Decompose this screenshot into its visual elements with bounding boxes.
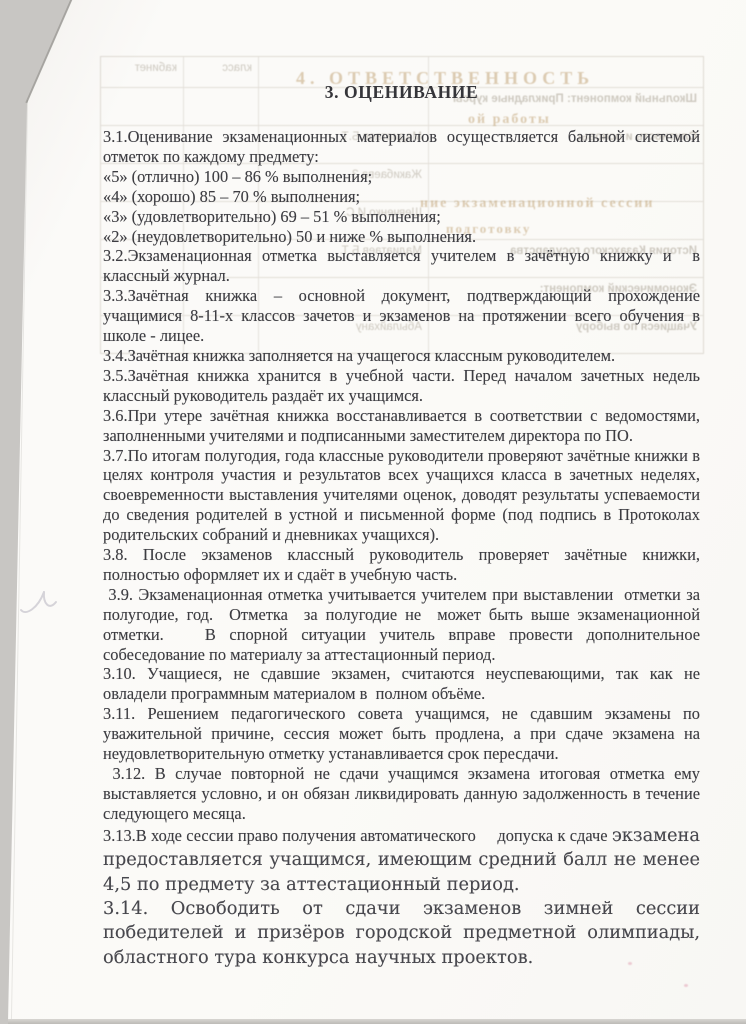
paragraph-text: 3.3.Зачётная книжка – основной документ,… xyxy=(103,286,700,345)
paragraph-text: 3.12. В случае повторной не сдачи учащим… xyxy=(103,764,700,823)
paragraph: «4» (хорошо) 85 – 70 % выполнения; xyxy=(103,187,700,207)
paragraph-text: «2» (неудовлетворительно) 50 и ниже % вы… xyxy=(103,227,476,246)
document-body: 3.1.Оценивание экзаменационных материало… xyxy=(103,127,700,970)
paragraph-text: «4» (хорошо) 85 – 70 % выполнения; xyxy=(103,187,360,206)
paragraph-text: 3.5.Зачётная книжка хранится в учебной ч… xyxy=(103,366,700,405)
page-title: 3. ОЦЕНИВАНИЕ xyxy=(103,82,700,103)
paragraph: 3.4.Зачётная книжка заполняется на учаще… xyxy=(103,346,700,366)
paragraph-text: 3.8. После экзаменов классный руководите… xyxy=(103,545,700,584)
paragraph-text: 3.14. Освободить от сдачи экзаменов зимн… xyxy=(103,898,700,968)
paragraph: 3.3.Зачётная книжка – основной документ,… xyxy=(103,286,700,346)
paragraph: 3.11. Решением педагогического совета уч… xyxy=(103,704,700,764)
paragraph: 3.5.Зачётная книжка хранится в учебной ч… xyxy=(103,366,700,406)
paragraph-text: 3.11. Решением педагогического совета уч… xyxy=(103,704,700,763)
paragraph: «5» (отлично) 100 – 86 % выполнения; xyxy=(103,167,700,187)
paragraph: 3.2.Экзаменационная отметка выставляется… xyxy=(103,246,700,286)
paragraph-text: 3.9. Экзаменационная отметка учитывается… xyxy=(103,585,700,664)
paragraph-text: «3» (удовлетворительно) 69 – 51 % выполн… xyxy=(103,207,441,226)
paragraph: 3.6.При утере зачётная книжка восстанавл… xyxy=(103,406,700,446)
paragraph-text: 3.6.При утере зачётная книжка восстанавл… xyxy=(103,406,700,445)
document-content: 3. ОЦЕНИВАНИЕ 3.1.Оценивание экзаменацио… xyxy=(103,82,700,970)
paragraph: 3.8. После экзаменов классный руководите… xyxy=(103,545,700,585)
paragraph: 3.10. Учащиеся, не сдавшие экзамен, счит… xyxy=(103,664,700,704)
paragraph-text: «5» (отлично) 100 – 86 % выполнения; xyxy=(103,167,372,186)
paragraph: 3.7.По итогам полугодия, года классные р… xyxy=(103,446,700,546)
paragraph-text: 3.2.Экзаменационная отметка выставляется… xyxy=(103,246,700,285)
paragraph-text: 3.4.Зачётная книжка заполняется на учаще… xyxy=(103,346,615,365)
pencil-mark xyxy=(16,586,62,630)
paragraph-text: 3.10. Учащиеся, не сдавшие экзамен, счит… xyxy=(103,664,700,703)
paragraph: 3.12. В случае повторной не сдачи учащим… xyxy=(103,764,700,824)
paragraph-text: 3.1.Оценивание экзаменационных материало… xyxy=(103,127,700,166)
scan-speck xyxy=(684,984,688,987)
paragraph: 3.1.Оценивание экзаменационных материало… xyxy=(103,127,700,167)
paragraph: 3.14. Освободить от сдачи экзаменов зимн… xyxy=(103,897,700,970)
paragraph-text: 3.13.В ходе сессии право получения автом… xyxy=(103,826,612,845)
paragraph: 3.13.В ходе сессии право получения автом… xyxy=(103,824,700,897)
paragraph: «3» (удовлетворительно) 69 – 51 % выполн… xyxy=(103,207,700,227)
paragraph: «2» (неудовлетворительно) 50 и ниже % вы… xyxy=(103,227,700,247)
paragraph: 3.9. Экзаменационная отметка учитывается… xyxy=(103,585,700,665)
paragraph-text: 3.7.По итогам полугодия, года классные р… xyxy=(103,446,700,545)
paper-bottom-edge xyxy=(8,1019,746,1024)
